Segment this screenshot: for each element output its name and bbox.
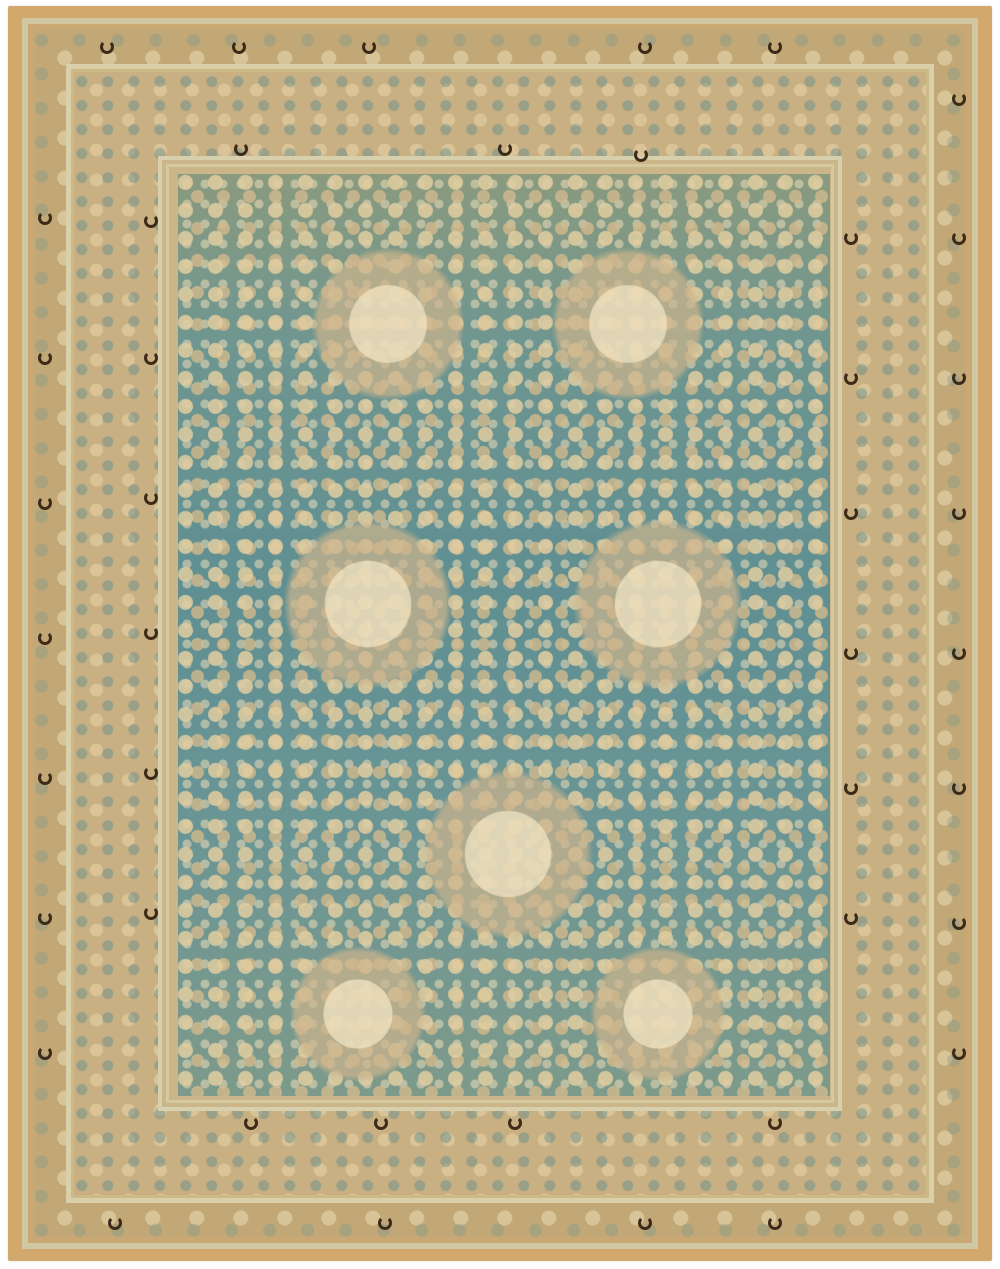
border-motif	[844, 231, 858, 245]
floral-medallion	[268, 504, 468, 704]
border-motif	[378, 1216, 392, 1230]
border-motif	[952, 506, 966, 520]
border-motif	[768, 40, 782, 54]
border-motif	[38, 211, 52, 225]
border-motif	[952, 781, 966, 795]
border-motif	[844, 371, 858, 385]
border-motif	[638, 40, 652, 54]
border-motif	[232, 40, 246, 54]
border-motif	[844, 646, 858, 660]
border-motif	[100, 40, 114, 54]
border-motif	[952, 1046, 966, 1060]
border-motif	[38, 911, 52, 925]
border-motif	[768, 1216, 782, 1230]
rug	[8, 6, 992, 1261]
floral-medallion	[578, 934, 738, 1094]
border-motif	[144, 491, 158, 505]
border-motif	[638, 1216, 652, 1230]
border-motif	[362, 40, 376, 54]
border-motif	[38, 1046, 52, 1060]
border-motif	[38, 351, 52, 365]
border-motif	[952, 371, 966, 385]
border-motif	[108, 1216, 122, 1230]
central-field	[178, 174, 830, 1096]
border-motif	[844, 781, 858, 795]
floral-medallion	[538, 234, 718, 414]
border-motif	[374, 1116, 388, 1130]
border-motif	[144, 214, 158, 228]
border-motif	[144, 906, 158, 920]
border-motif	[144, 626, 158, 640]
border-motif	[952, 92, 966, 106]
floral-medallion	[558, 504, 758, 704]
border-motif	[498, 142, 512, 156]
border-motif	[144, 766, 158, 780]
border-motif	[38, 771, 52, 785]
border-motif	[952, 231, 966, 245]
border-motif	[952, 646, 966, 660]
border-motif	[844, 506, 858, 520]
border-motif	[38, 496, 52, 510]
border-motif	[144, 351, 158, 365]
floral-medallion	[278, 934, 438, 1094]
border-motif	[244, 1116, 258, 1130]
floral-medallion	[408, 754, 608, 954]
border-motif	[768, 1116, 782, 1130]
border-motif	[844, 911, 858, 925]
border-motif	[952, 916, 966, 930]
border-motif	[508, 1116, 522, 1130]
floral-medallion	[298, 234, 478, 414]
border-motif	[234, 142, 248, 156]
border-motif	[38, 631, 52, 645]
border-motif	[634, 148, 648, 162]
